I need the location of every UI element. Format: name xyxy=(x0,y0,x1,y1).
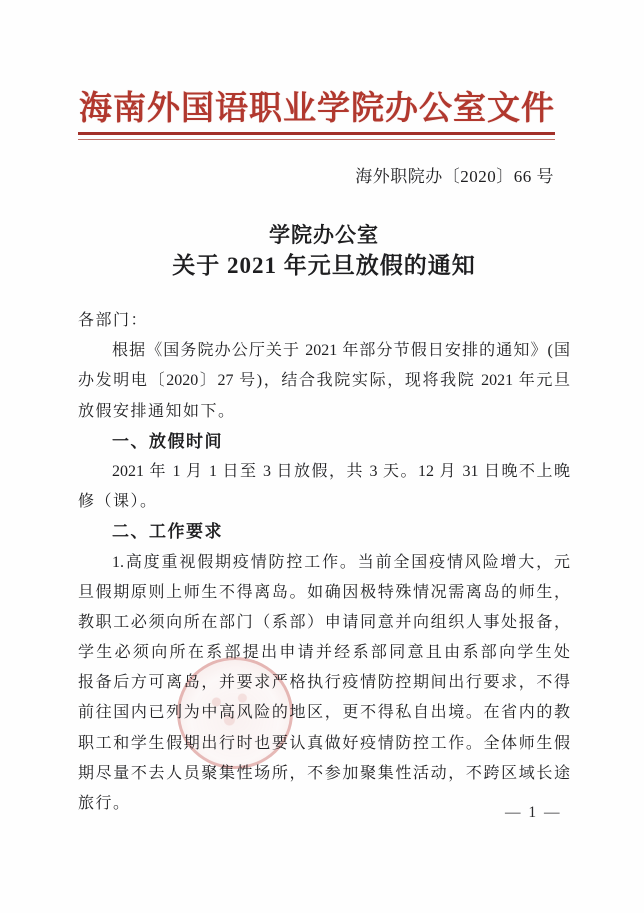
notice-body: 各部门：根据《国务院办公厅关于 2021 年部分节假日安排的通知》(国办发明电〔… xyxy=(78,306,570,819)
body-line: 旦假期原则上师生不得离岛。如确因极特殊情况需离岛的师生， xyxy=(78,578,570,608)
body-line: 1.高度重视假期疫情防控工作。当前全国疫情风险增大，元 xyxy=(78,548,570,578)
body-line: 各部门： xyxy=(78,306,570,336)
body-line: 旅行。 xyxy=(78,789,570,819)
body-line: 教职工必须向所在部门（系部）申请同意并向组织人事处报备， xyxy=(78,608,570,638)
body-line: 学生必须向所在系部提出申请并经系部同意且由系部向学生处 xyxy=(78,638,570,668)
body-line: 报备后方可离岛，并要求严格执行疫情防控期间出行要求，不得 xyxy=(78,668,570,698)
body-line: 一、放假时间 xyxy=(78,427,570,457)
body-line: 前往国内已列为中高风险的地区，更不得私自出境。在省内的教 xyxy=(78,698,570,728)
document-number: 海外职院办〔2020〕66 号 xyxy=(355,162,554,187)
body-line: 职工和学生假期出行时也要认真做好疫情防控工作。全体师生假 xyxy=(78,729,570,759)
body-line: 2021 年 1 月 1 日至 3 日放假，共 3 天。12 月 31 日晚不上… xyxy=(78,457,570,487)
body-line: 期尽量不去人员聚集性场所，不参加聚集性活动，不跨区域长途 xyxy=(78,759,570,789)
body-line: 修（课）。 xyxy=(78,487,570,517)
notice-title-line2: 关于 2021 年元旦放假的通知 xyxy=(78,247,570,280)
body-line: 二、工作要求 xyxy=(78,517,570,547)
letterhead-org-title: 海南外国语职业学院办公室文件 xyxy=(62,82,572,129)
letterhead-divider-rule xyxy=(78,132,555,140)
body-line: 办发明电〔2020〕27 号)，结合我院实际，现将我院 2021 年元旦 xyxy=(78,366,570,396)
body-line: 放假安排通知如下。 xyxy=(78,397,570,427)
notice-title-line1: 学院办公室 xyxy=(78,219,570,249)
document-page: 海南外国语职业学院办公室文件 海外职院办〔2020〕66 号 学院办公室 关于 … xyxy=(0,0,644,913)
body-line: 根据《国务院办公厅关于 2021 年部分节假日安排的通知》(国 xyxy=(78,336,570,366)
